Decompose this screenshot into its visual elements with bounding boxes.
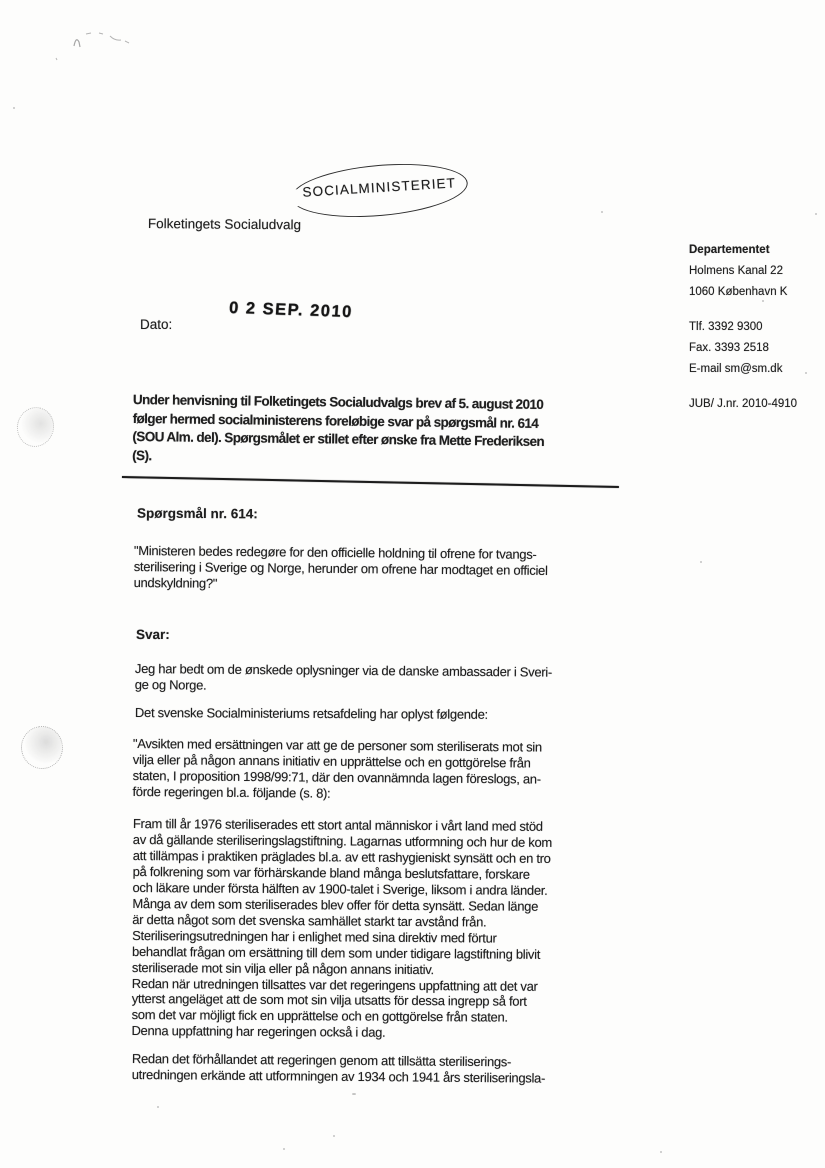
paper-speck [13, 107, 15, 109]
margin-smudge [13, 403, 59, 451]
address-spacer [689, 303, 797, 317]
date-label: Dato: [140, 317, 172, 332]
paper-speck [352, 1093, 356, 1095]
address-fax: Fax. 3393 2518 [689, 338, 797, 359]
address-phone: Tlf. 3392 9300 [689, 317, 797, 338]
answer-paragraph-5: Redan det förhållandet att regeringen ge… [132, 1051, 546, 1087]
address-street: Holmens Kanal 22 [689, 261, 797, 282]
answer-paragraph-2: Det svenske Socialministeriums retsafdel… [135, 705, 488, 723]
paper-speck [660, 1151, 662, 1153]
question-text: "Ministeren bedes redegøre for den offic… [134, 543, 548, 595]
question-heading: Spørgsmål nr. 614: [137, 506, 258, 522]
journal-number: JUB/ J.nr. 2010-4910 [689, 394, 797, 415]
address-spacer [689, 380, 797, 394]
paper-speck [601, 211, 603, 213]
paper-speck [805, 372, 807, 374]
paper-speck [762, 300, 764, 302]
date-stamp: 0 2 SEP. 2010 [228, 299, 353, 322]
answer-paragraph-3: "Avsikten med ersättningen var att ge de… [132, 736, 541, 804]
answer-paragraph-4: Fram till år 1976 steriliserades ett sto… [131, 816, 552, 1042]
paper-speck [815, 213, 817, 215]
pencil-mark [52, 22, 162, 62]
ministry-oval-stamp: SOCIALMINISTERIET [289, 157, 470, 223]
paper-speck [283, 1148, 285, 1150]
margin-smudge [18, 723, 66, 771]
ministry-stamp-text: SOCIALMINISTERIET [291, 175, 467, 201]
divider-rule [122, 476, 619, 488]
answer-heading: Svar: [136, 627, 170, 642]
scanned-letter-page: SOCIALMINISTERIET Folketingets Socialudv… [0, 0, 825, 1168]
paper-speck [333, 1135, 335, 1137]
paper-speck [700, 561, 702, 563]
address-email: E-mail sm@sm.dk [689, 359, 797, 380]
address-block: Departementet Holmens Kanal 22 1060 Købe… [689, 240, 797, 415]
recipient-line: Folketingets Socialudvalg [148, 216, 301, 232]
address-postal-city: 1060 København K [689, 282, 797, 303]
answer-paragraph-1: Jeg har bedt om de ønskede oplysninger v… [135, 661, 552, 697]
address-department: Departementet [689, 240, 797, 261]
intro-paragraph: Under henvisning til Folketingets Social… [132, 391, 545, 470]
paper-speck [157, 1106, 159, 1108]
